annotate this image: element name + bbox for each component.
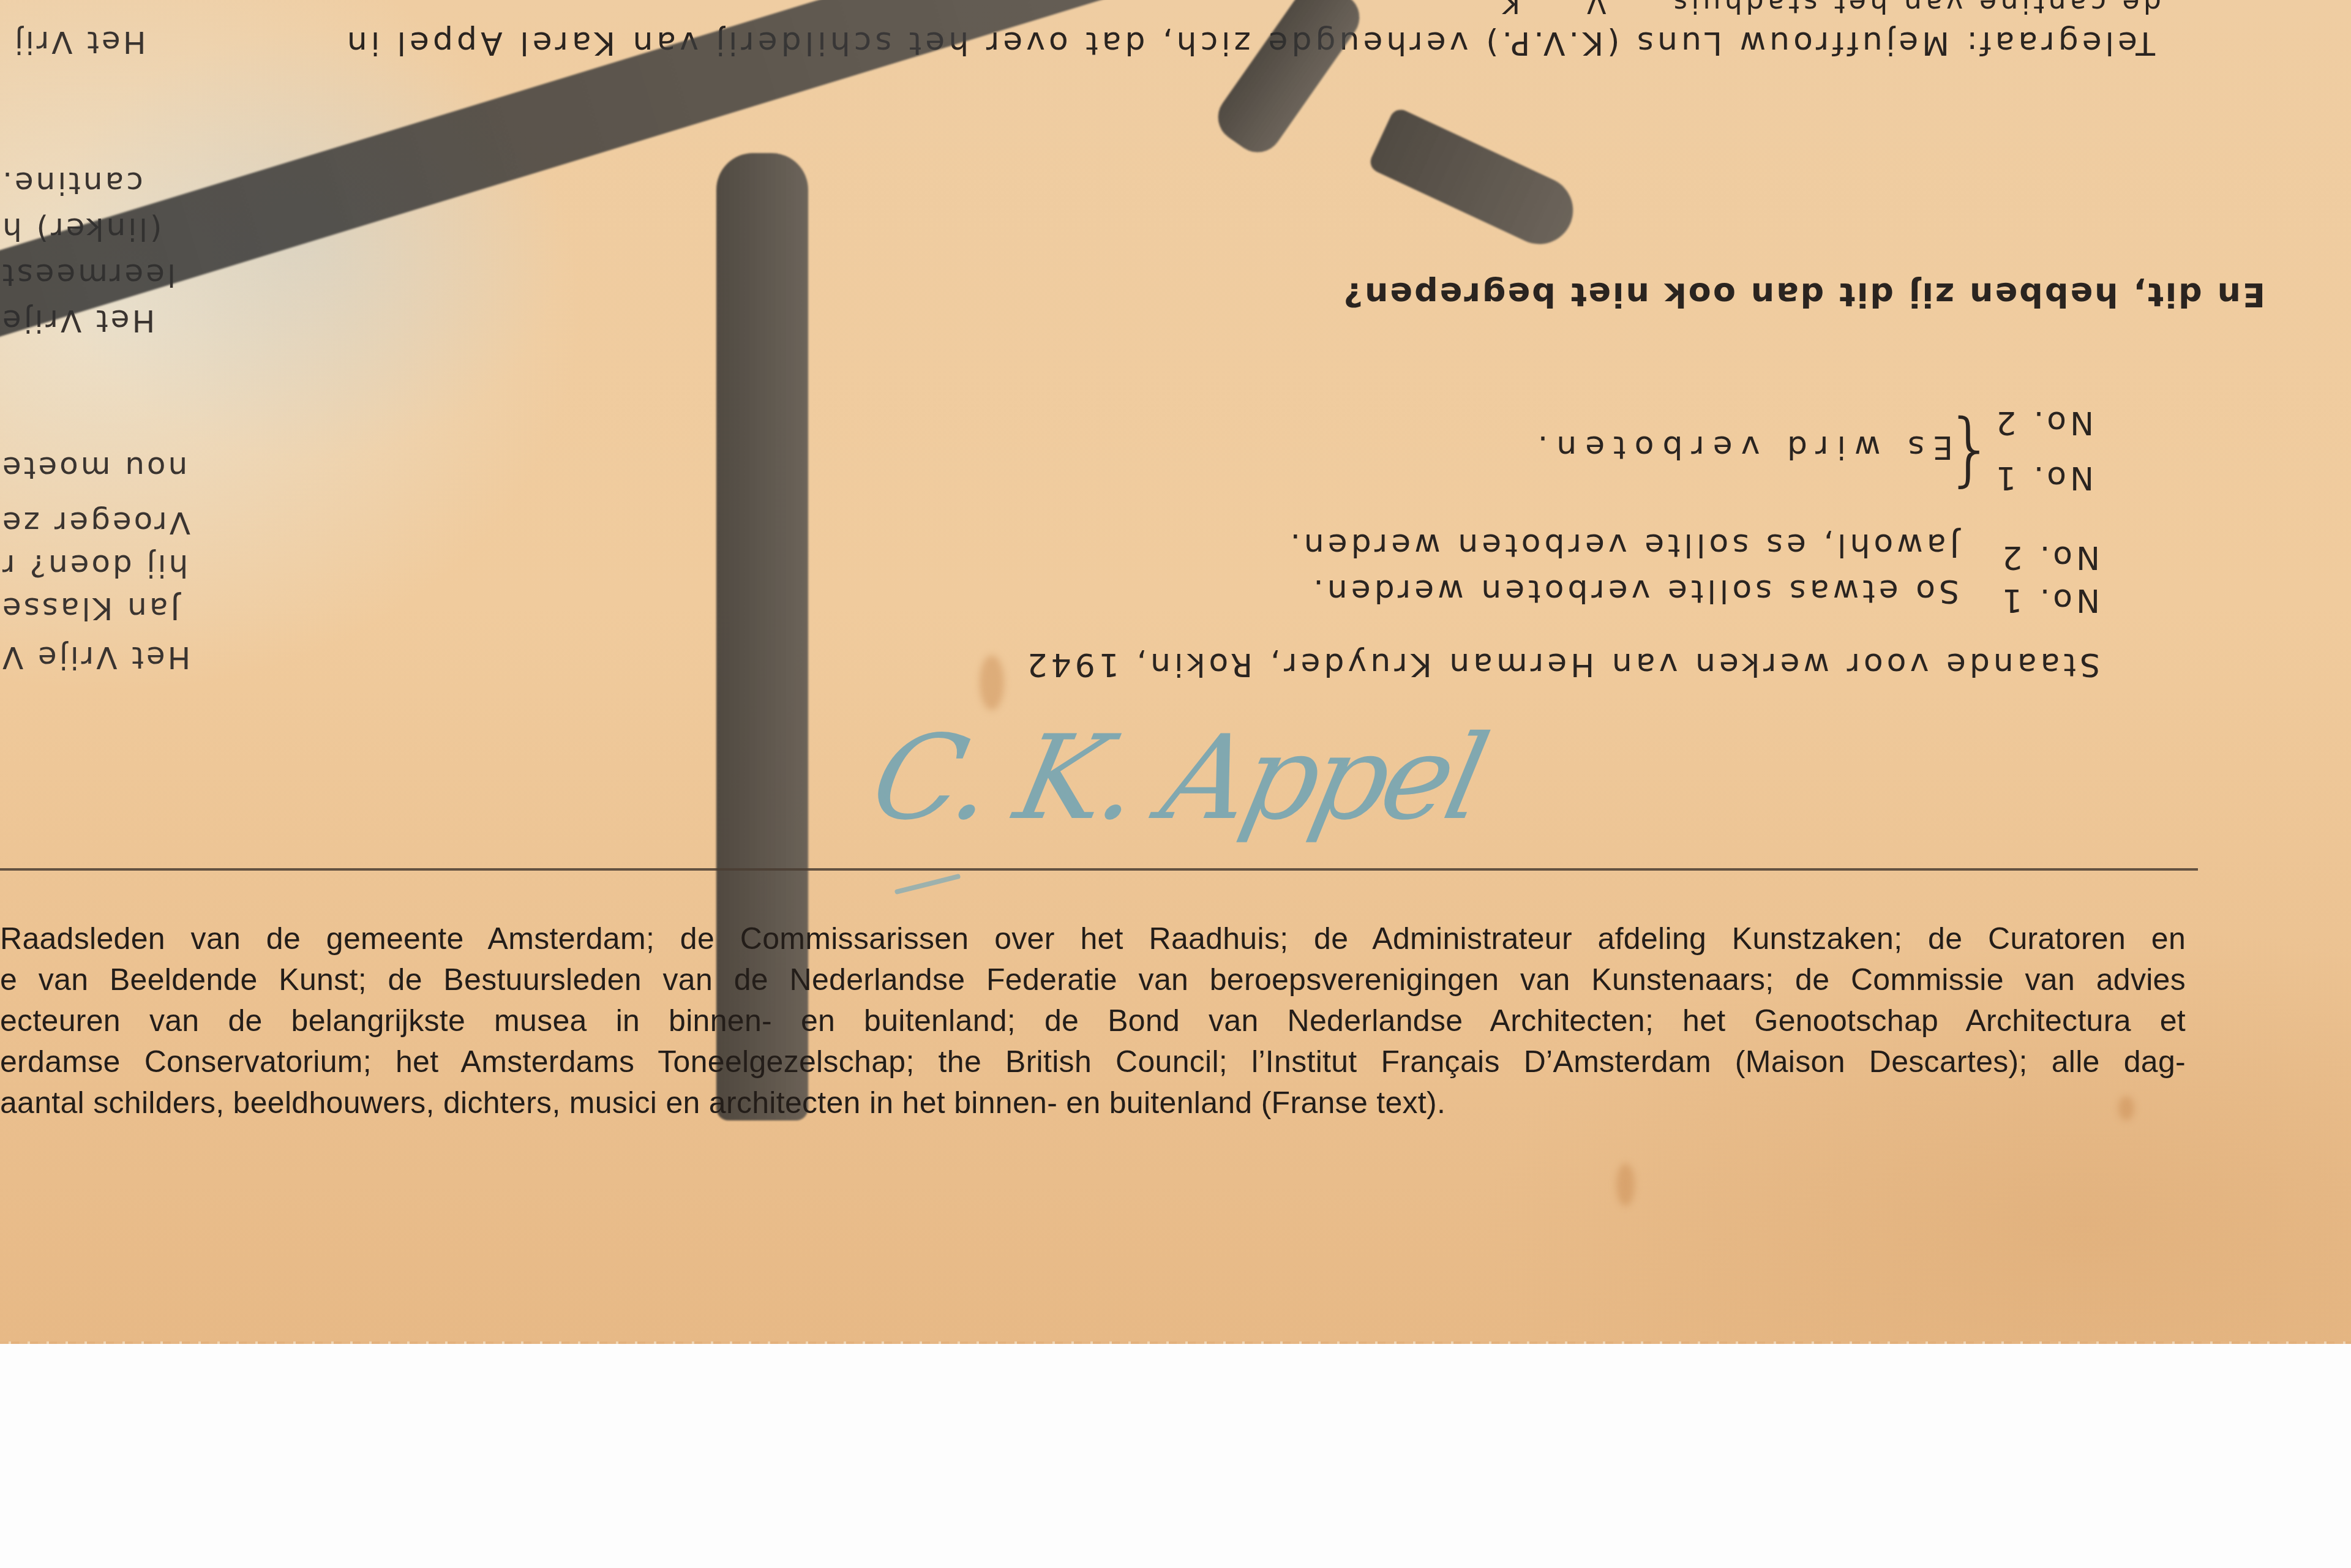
bracket-group: No. 2 No. 1 { Es wird verboten. bbox=[1629, 404, 2094, 508]
left-col-line: cantine. bbox=[0, 165, 143, 201]
footer-paragraph: Raadsleden van de gemeente Amsterdam; de… bbox=[0, 918, 2186, 1123]
footer-line: e van Beeldende Kunst; de Bestuursleden … bbox=[0, 959, 2186, 1000]
paper-stain bbox=[1616, 1163, 1635, 1206]
left-col-line: Jan Klasse bbox=[0, 591, 179, 626]
left-col-line: Het Vrij bbox=[12, 24, 146, 60]
left-col-line: Het Vrije V bbox=[0, 640, 190, 675]
footer-line: aantal schilders, beeldhouwers, dichters… bbox=[0, 1082, 2186, 1123]
item-2-label: No. 2 bbox=[2002, 539, 2100, 576]
item-1-label: No. 1 bbox=[2002, 582, 2100, 618]
photo-caption: Staande voor werken van Herman Kruyder, … bbox=[1096, 646, 2100, 683]
footer-line: erdamse Conservatorium; het Amsterdams T… bbox=[0, 1041, 2186, 1082]
bracket-text: Es wird verboten. bbox=[1635, 429, 1953, 465]
signature-underline bbox=[894, 874, 961, 895]
footer-line: Raadsleden van de gemeente Amsterdam; de… bbox=[0, 918, 2186, 959]
brush-stroke-branch-lower bbox=[1367, 106, 1584, 255]
left-col-line: hij doen? r bbox=[0, 548, 188, 583]
footer-line: ecteuren van de belangrijkste musea in b… bbox=[0, 1000, 2186, 1041]
item-1-text: So etwas sollte verboten werden. bbox=[1408, 572, 1959, 609]
artist-signature: C. K. Appel bbox=[861, 710, 1495, 846]
bracket-label-2: No. 2 bbox=[1996, 404, 2094, 441]
item-2-text: Jawohl, es sollte verboten werden. bbox=[1396, 527, 1959, 563]
paper-stain bbox=[980, 655, 1004, 710]
document-sheet: de cantine van het stadhuis ... V ... K … bbox=[0, 0, 2351, 1345]
left-col-line: nou moete bbox=[0, 450, 187, 486]
question-heading: En dit, hebben zij dit dan ook niet begr… bbox=[1371, 276, 2265, 314]
wall-background bbox=[0, 1344, 2351, 1568]
left-col-line: Vroeger ze bbox=[0, 505, 190, 541]
bracket-label-1: No. 1 bbox=[1996, 459, 2094, 496]
horizontal-rule bbox=[0, 868, 2198, 871]
